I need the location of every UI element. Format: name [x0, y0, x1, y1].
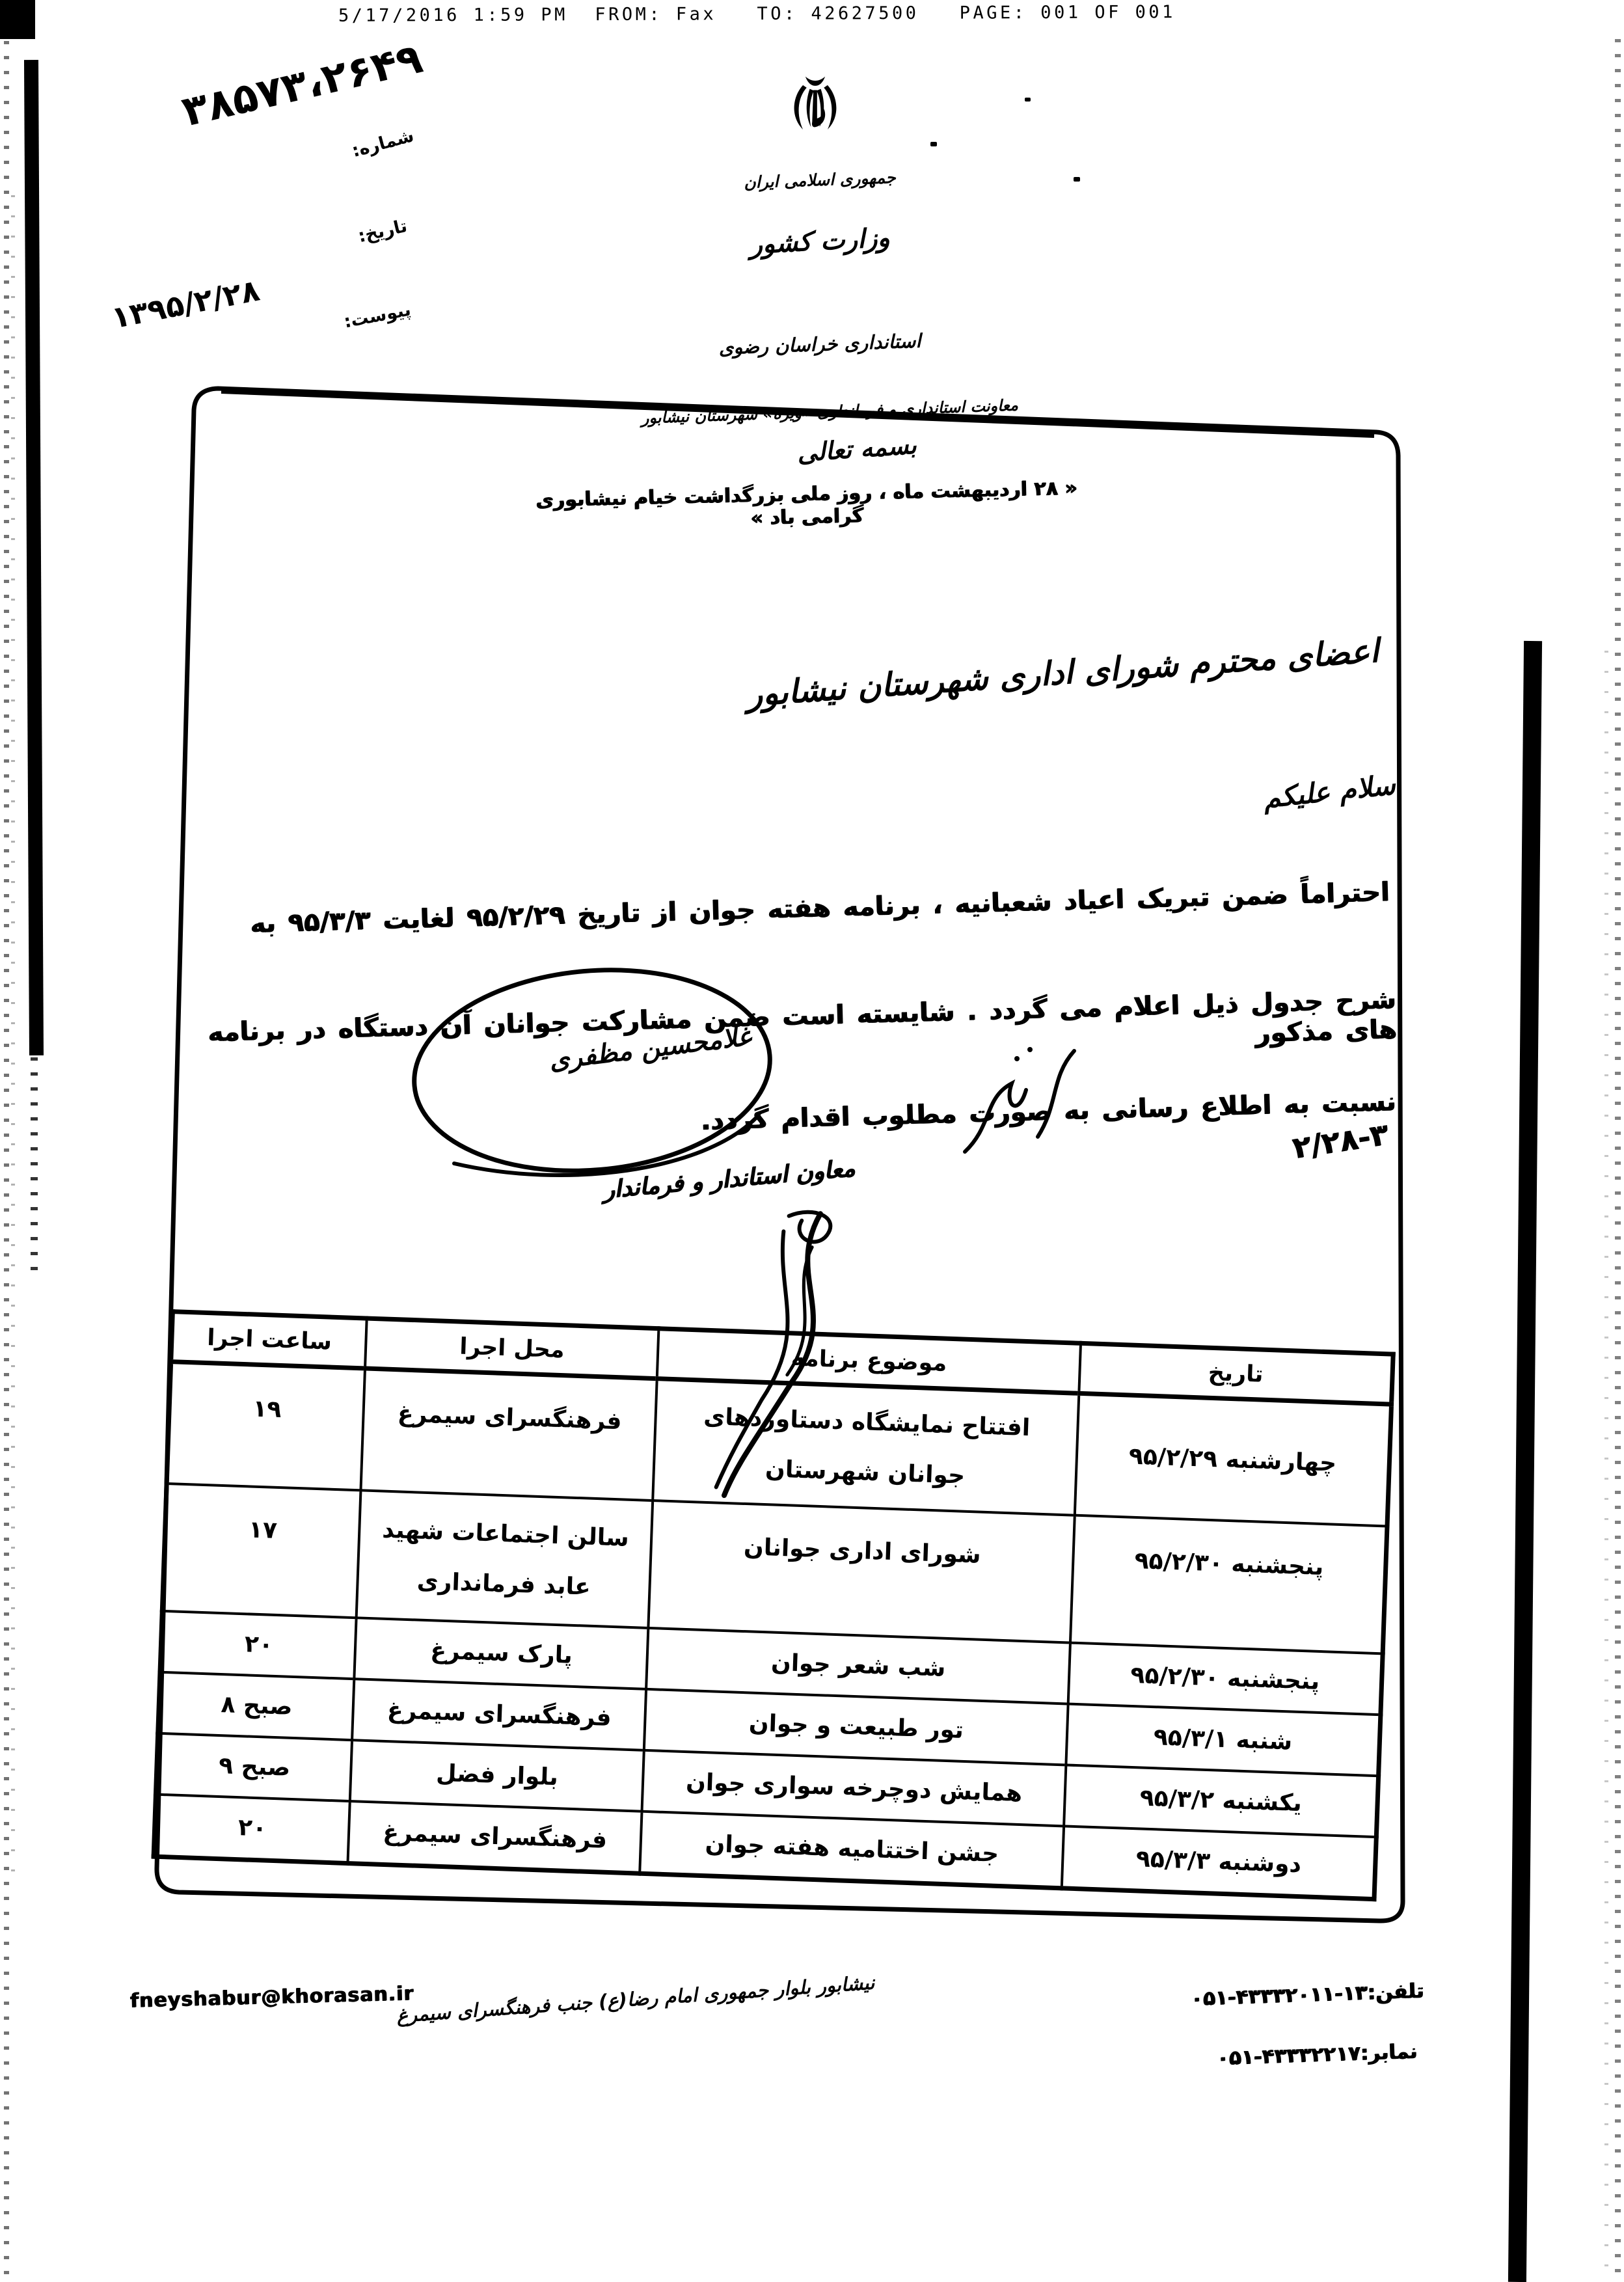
letterhead-ministry: وزارت کشور — [731, 222, 908, 261]
cell-date: پنجشنبه ۹۵/۲/۳۰ — [1068, 1643, 1383, 1715]
footer-email: fneyshabur@khorasan.ir — [130, 1982, 414, 2012]
cell-venue: فرهنگسرای سیمرغ — [361, 1368, 657, 1501]
cell-time: ۹ صبح — [156, 1733, 352, 1801]
cell-time: ۱۷ — [162, 1484, 361, 1618]
letterhead-country: جمهوری اسلامی ایران — [725, 167, 915, 193]
iran-emblem-icon — [784, 73, 846, 141]
cell-time: ۸ صبح — [158, 1672, 355, 1740]
paraph-mark-icon — [947, 1025, 1093, 1171]
cell-venue: پارک سیمرغ — [355, 1618, 649, 1689]
cell-time: ۲۰ — [160, 1611, 357, 1679]
scan-left-bar-fade — [31, 1057, 38, 1272]
scan-speck — [1074, 177, 1080, 182]
footer-fax: نمابر:۴۳۳۳۲۲۱۷-۰۵۱ — [1216, 2037, 1490, 2071]
scan-noise-left-edge-2 — [11, 195, 15, 1887]
cell-subject: افتتاح نمایشگاه دستاوردهای جوانان شهرستا… — [653, 1379, 1079, 1515]
cell-date: دوشنبه ۹۵/۳/۳ — [1062, 1826, 1376, 1899]
scan-left-bar — [24, 60, 44, 1055]
col-header-time: ساعت اجرا — [171, 1312, 367, 1368]
cell-date: چهارشنبه ۹۵/۲/۲۹ — [1075, 1393, 1391, 1526]
cell-venue: سالن اجتماعات شهید عابد فرمانداری — [357, 1490, 653, 1628]
stamp-attachment-label: پیوست: — [342, 299, 413, 332]
letterhead-province: استانداری خراسان رضوی — [686, 329, 954, 360]
cell-time: ۱۹ — [167, 1362, 365, 1491]
stamp-date-label: تاریخ: — [356, 216, 409, 247]
schedule-table-wrapper: تاریخ موضوع برنامه محل اجرا ساعت اجرا چه… — [152, 1309, 1396, 1901]
stamp-number-label: شماره: — [350, 126, 416, 161]
scan-right-bar — [1508, 641, 1542, 2282]
scan-speck — [930, 142, 937, 146]
fax-transmission-header: 5/17/2016 1:59 PM FROM: Fax TO: 42627500… — [338, 2, 1176, 26]
cell-date: یکشنبه ۹۵/۳/۲ — [1064, 1765, 1378, 1837]
scan-noise-left-edge — [4, 26, 9, 2277]
footer-phone: تلفن:۱۳-۴۳۳۳۲۰۱۱-۰۵۱ — [1191, 1977, 1491, 2011]
cell-venue: فرهنگسرای سیمرغ — [348, 1801, 642, 1873]
cell-date: شنبه ۹۵/۳/۱ — [1066, 1704, 1381, 1776]
scan-speck — [1025, 98, 1031, 102]
scan-noise-right-edge-2 — [1604, 651, 1608, 2277]
schedule-table: تاریخ موضوع برنامه محل اجرا ساعت اجرا چه… — [152, 1309, 1396, 1901]
cell-venue: بلوار فضل — [350, 1740, 644, 1812]
cell-venue: فرهنگسرای سیمرغ — [353, 1679, 647, 1750]
scan-noise-right-edge — [1615, 39, 1621, 2277]
footer-address: نیشابور بلوار جمهوری امام رضا(ع) جنب فره… — [400, 1972, 876, 2027]
cell-date: پنجشنبه ۹۵/۲/۳۰ — [1070, 1515, 1387, 1654]
fax-page: 5/17/2016 1:59 PM FROM: Fax TO: 42627500… — [0, 0, 1624, 2282]
cell-subject: شورای اداری جوانان — [648, 1501, 1075, 1643]
hand-date: ۱۳۹۵/۲/۲۸ — [109, 273, 262, 336]
cell-time: ۲۰ — [154, 1795, 350, 1864]
